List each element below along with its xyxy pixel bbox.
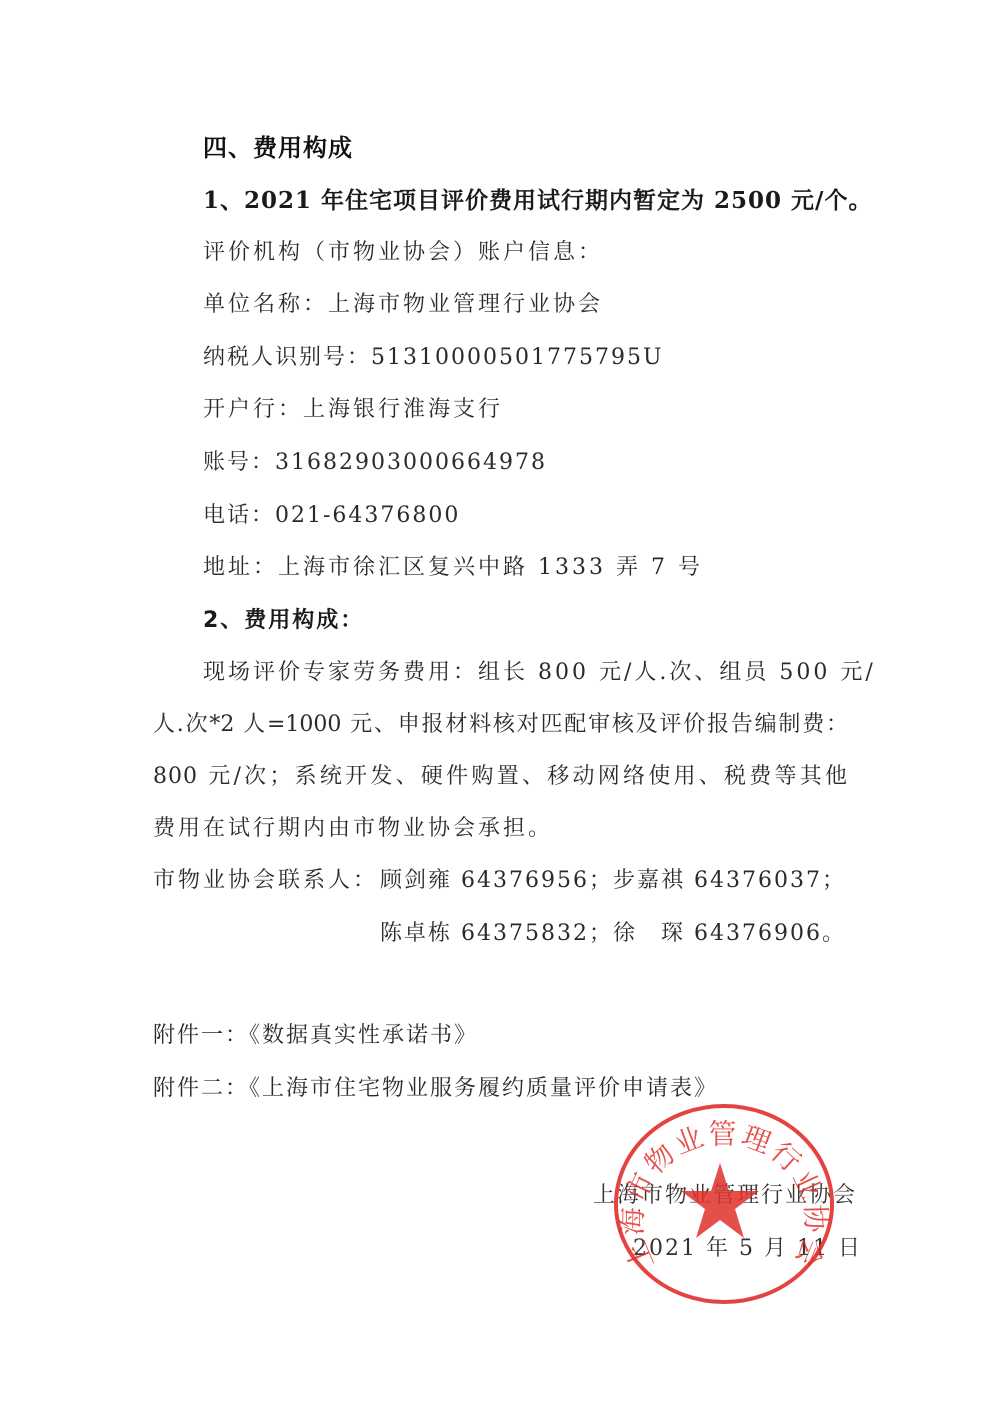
contacts-line-1: 顾剑雍 64376956；步嘉祺 64376037； (380, 866, 846, 896)
contacts-label: 市物业协会联系人： (153, 866, 378, 896)
address: 地址：上海市徐汇区复兴中路 1333 弄 7 号 (203, 553, 703, 583)
account-number: 账号：31682903000664978 (203, 448, 547, 478)
signature-date: 2021 年 5 月 11 日 (633, 1234, 862, 1264)
phone-number: 电话：021-64376800 (203, 501, 460, 531)
signature-organization: 上海市物业管理行业协会 (593, 1181, 857, 1211)
bank-name: 开户行：上海银行淮海支行 (203, 395, 503, 425)
section-heading: 四、费用构成 (203, 133, 353, 163)
fee-paragraph-line: 费用在试行期内由市物业协会承担。 (153, 814, 553, 844)
unit-name: 单位名称：上海市物业管理行业协会 (203, 290, 603, 320)
account-intro: 评价机构（市物业协会）账户信息： (203, 238, 603, 268)
attachment-1: 附件一：《数据真实性承诺书》 (153, 1021, 478, 1051)
fee-item-2-title: 2、费用构成： (203, 606, 364, 636)
fee-paragraph-line: 人.次*2 人=1000 元、申报材料核对匹配审核及评价报告编制费： (153, 710, 848, 740)
taxpayer-id: 纳税人识别号：51310000501775795U (203, 343, 664, 373)
contacts-line-2: 陈卓栋 64375832；徐 琛 64376906。 (380, 919, 846, 949)
fee-paragraph-line: 现场评价专家劳务费用：组长 800 元/人.次、组员 500 元/ (203, 658, 848, 688)
fee-item-1: 1、2021 年住宅项目评价费用试行期内暂定为 2500 元/个。 (203, 186, 872, 216)
fee-paragraph-line: 800 元/次；系统开发、硬件购置、移动网络使用、税费等其他 (153, 762, 848, 792)
attachment-2: 附件二：《上海市住宅物业服务履约质量评价申请表》 (153, 1074, 718, 1104)
